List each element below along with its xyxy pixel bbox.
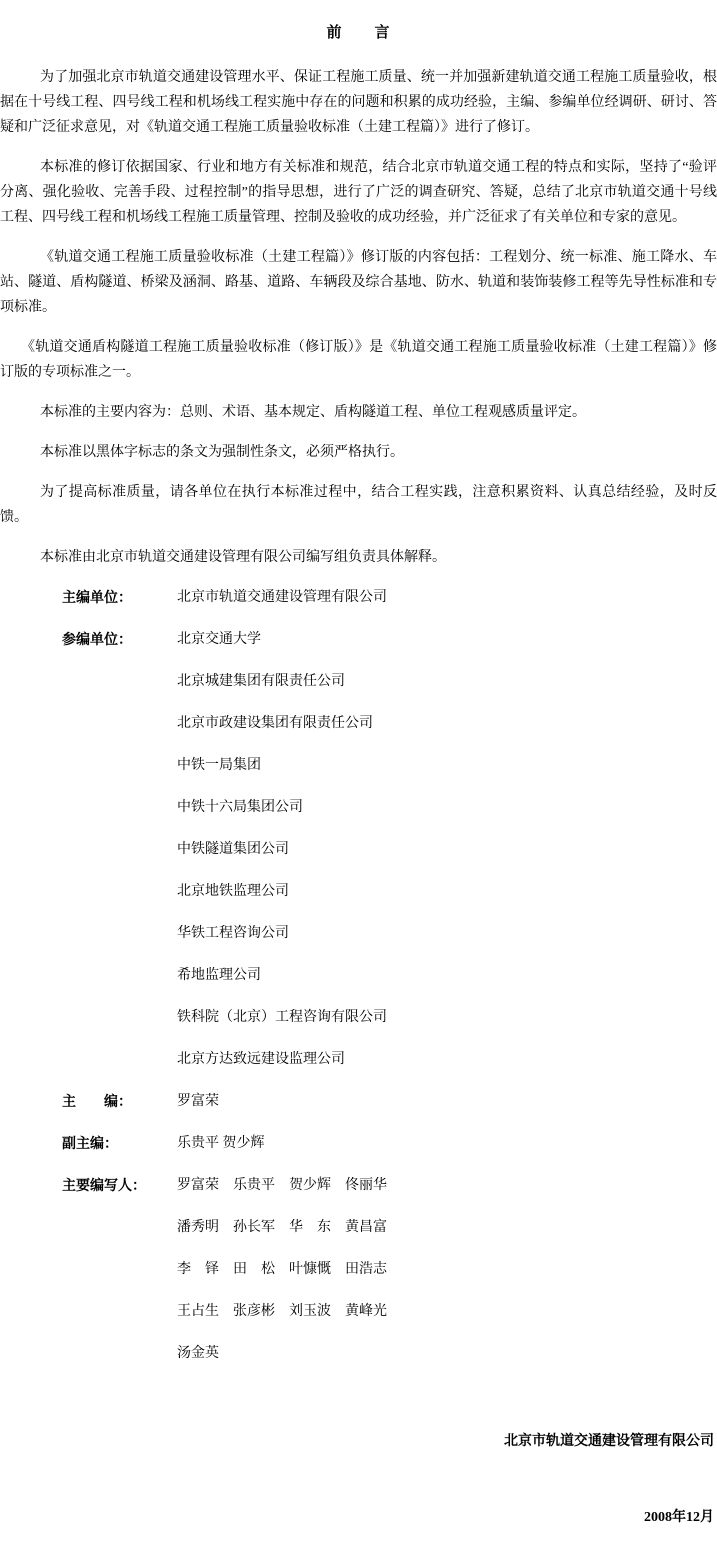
participating-units-row: 参编单位： 北京交通大学 [0,627,717,652]
chief-unit-value: 北京市轨道交通建设管理有限公司 [177,585,717,610]
participating-units-row: 北京方达致远建设监理公司 [0,1047,717,1072]
chief-editor-row: 主 编： 罗富荣 [0,1089,717,1114]
chief-editor-value: 罗富荣 [177,1089,717,1114]
participating-unit: 中铁十六局集团公司 [177,795,717,820]
signature-company: 北京市轨道交通建设管理有限公司 [0,1428,717,1453]
participating-units-row: 中铁隧道集团公司 [0,837,717,862]
participating-units-row: 铁科院（北京）工程咨询有限公司 [0,1005,717,1030]
writers-row: 王占生 张彦彬 刘玉波 黄峰光 [0,1299,717,1324]
preface-paragraph-8: 本标准由北京市轨道交通建设管理有限公司编写组负责具体解释。 [0,545,717,570]
chief-editor-label: 主 编： [62,1089,177,1114]
writers-names: 罗富荣 乐贵平 贺少辉 佟丽华 [177,1173,717,1198]
preface-paragraph-4: 《轨道交通盾构隧道工程施工质量验收标准（修订版）》是《轨道交通工程施工质量验收标… [0,335,717,385]
document-page: 前 言 为了加强北京市轨道交通建设管理水平、保证工程施工质量、统一并加强新建轨道… [0,0,717,1556]
participating-unit: 希地监理公司 [177,963,717,988]
writers-names: 潘秀明 孙长军 华 东 黄昌富 [177,1215,717,1240]
writers-names: 李 铎 田 松 叶慷慨 田浩志 [177,1257,717,1282]
writers-row: 潘秀明 孙长军 华 东 黄昌富 [0,1215,717,1240]
preface-paragraph-6: 本标准以黑体字标志的条文为强制性条文，必须严格执行。 [0,440,717,465]
participating-units-row: 希地监理公司 [0,963,717,988]
participating-units-label: 参编单位： [62,627,177,652]
editors-section: 主编单位： 北京市轨道交通建设管理有限公司 参编单位： 北京交通大学 北京城建集… [0,585,717,1366]
writers-row: 主要编写人： 罗富荣 乐贵平 贺少辉 佟丽华 [0,1173,717,1198]
writers-names: 汤金英 [177,1341,717,1366]
participating-unit: 北京地铁监理公司 [177,879,717,904]
participating-unit: 华铁工程咨询公司 [177,921,717,946]
participating-units-row: 北京地铁监理公司 [0,879,717,904]
writers-label: 主要编写人： [62,1173,177,1198]
participating-unit: 北京方达致远建设监理公司 [177,1047,717,1072]
preface-paragraph-3: 《轨道交通工程施工质量验收标准（土建工程篇）》修订版的内容包括：工程划分、统一标… [0,245,717,320]
participating-units-row: 中铁一局集团 [0,753,717,778]
participating-unit: 北京城建集团有限责任公司 [177,669,717,694]
page-title: 前 言 [0,20,717,45]
participating-unit: 铁科院（北京）工程咨询有限公司 [177,1005,717,1030]
participating-unit: 北京市政建设集团有限责任公司 [177,711,717,736]
participating-units-row: 华铁工程咨询公司 [0,921,717,946]
deputy-editor-label: 副主编： [62,1131,177,1156]
writers-row: 汤金英 [0,1341,717,1366]
preface-paragraph-7: 为了提高标准质量，请各单位在执行本标准过程中，结合工程实践，注意积累资料、认真总… [0,480,717,530]
preface-paragraph-2: 本标准的修订依据国家、行业和地方有关标准和规范，结合北京市轨道交通工程的特点和实… [0,155,717,230]
participating-units-row: 北京城建集团有限责任公司 [0,669,717,694]
preface-paragraph-5: 本标准的主要内容为：总则、术语、基本规定、盾构隧道工程、单位工程观感质量评定。 [0,400,717,425]
deputy-editor-value: 乐贵平 贺少辉 [177,1131,717,1156]
deputy-editor-row: 副主编： 乐贵平 贺少辉 [0,1131,717,1156]
chief-unit-row: 主编单位： 北京市轨道交通建设管理有限公司 [0,585,717,610]
preface-paragraph-1: 为了加强北京市轨道交通建设管理水平、保证工程施工质量、统一并加强新建轨道交通工程… [0,65,717,140]
participating-units-row: 中铁十六局集团公司 [0,795,717,820]
signature-date: 2008年12月 [0,1505,717,1530]
participating-unit: 中铁一局集团 [177,753,717,778]
participating-unit: 北京交通大学 [177,627,717,652]
participating-units-row: 北京市政建设集团有限责任公司 [0,711,717,736]
participating-unit: 中铁隧道集团公司 [177,837,717,862]
writers-row: 李 铎 田 松 叶慷慨 田浩志 [0,1257,717,1282]
writers-names: 王占生 张彦彬 刘玉波 黄峰光 [177,1299,717,1324]
chief-unit-label: 主编单位： [62,585,177,610]
